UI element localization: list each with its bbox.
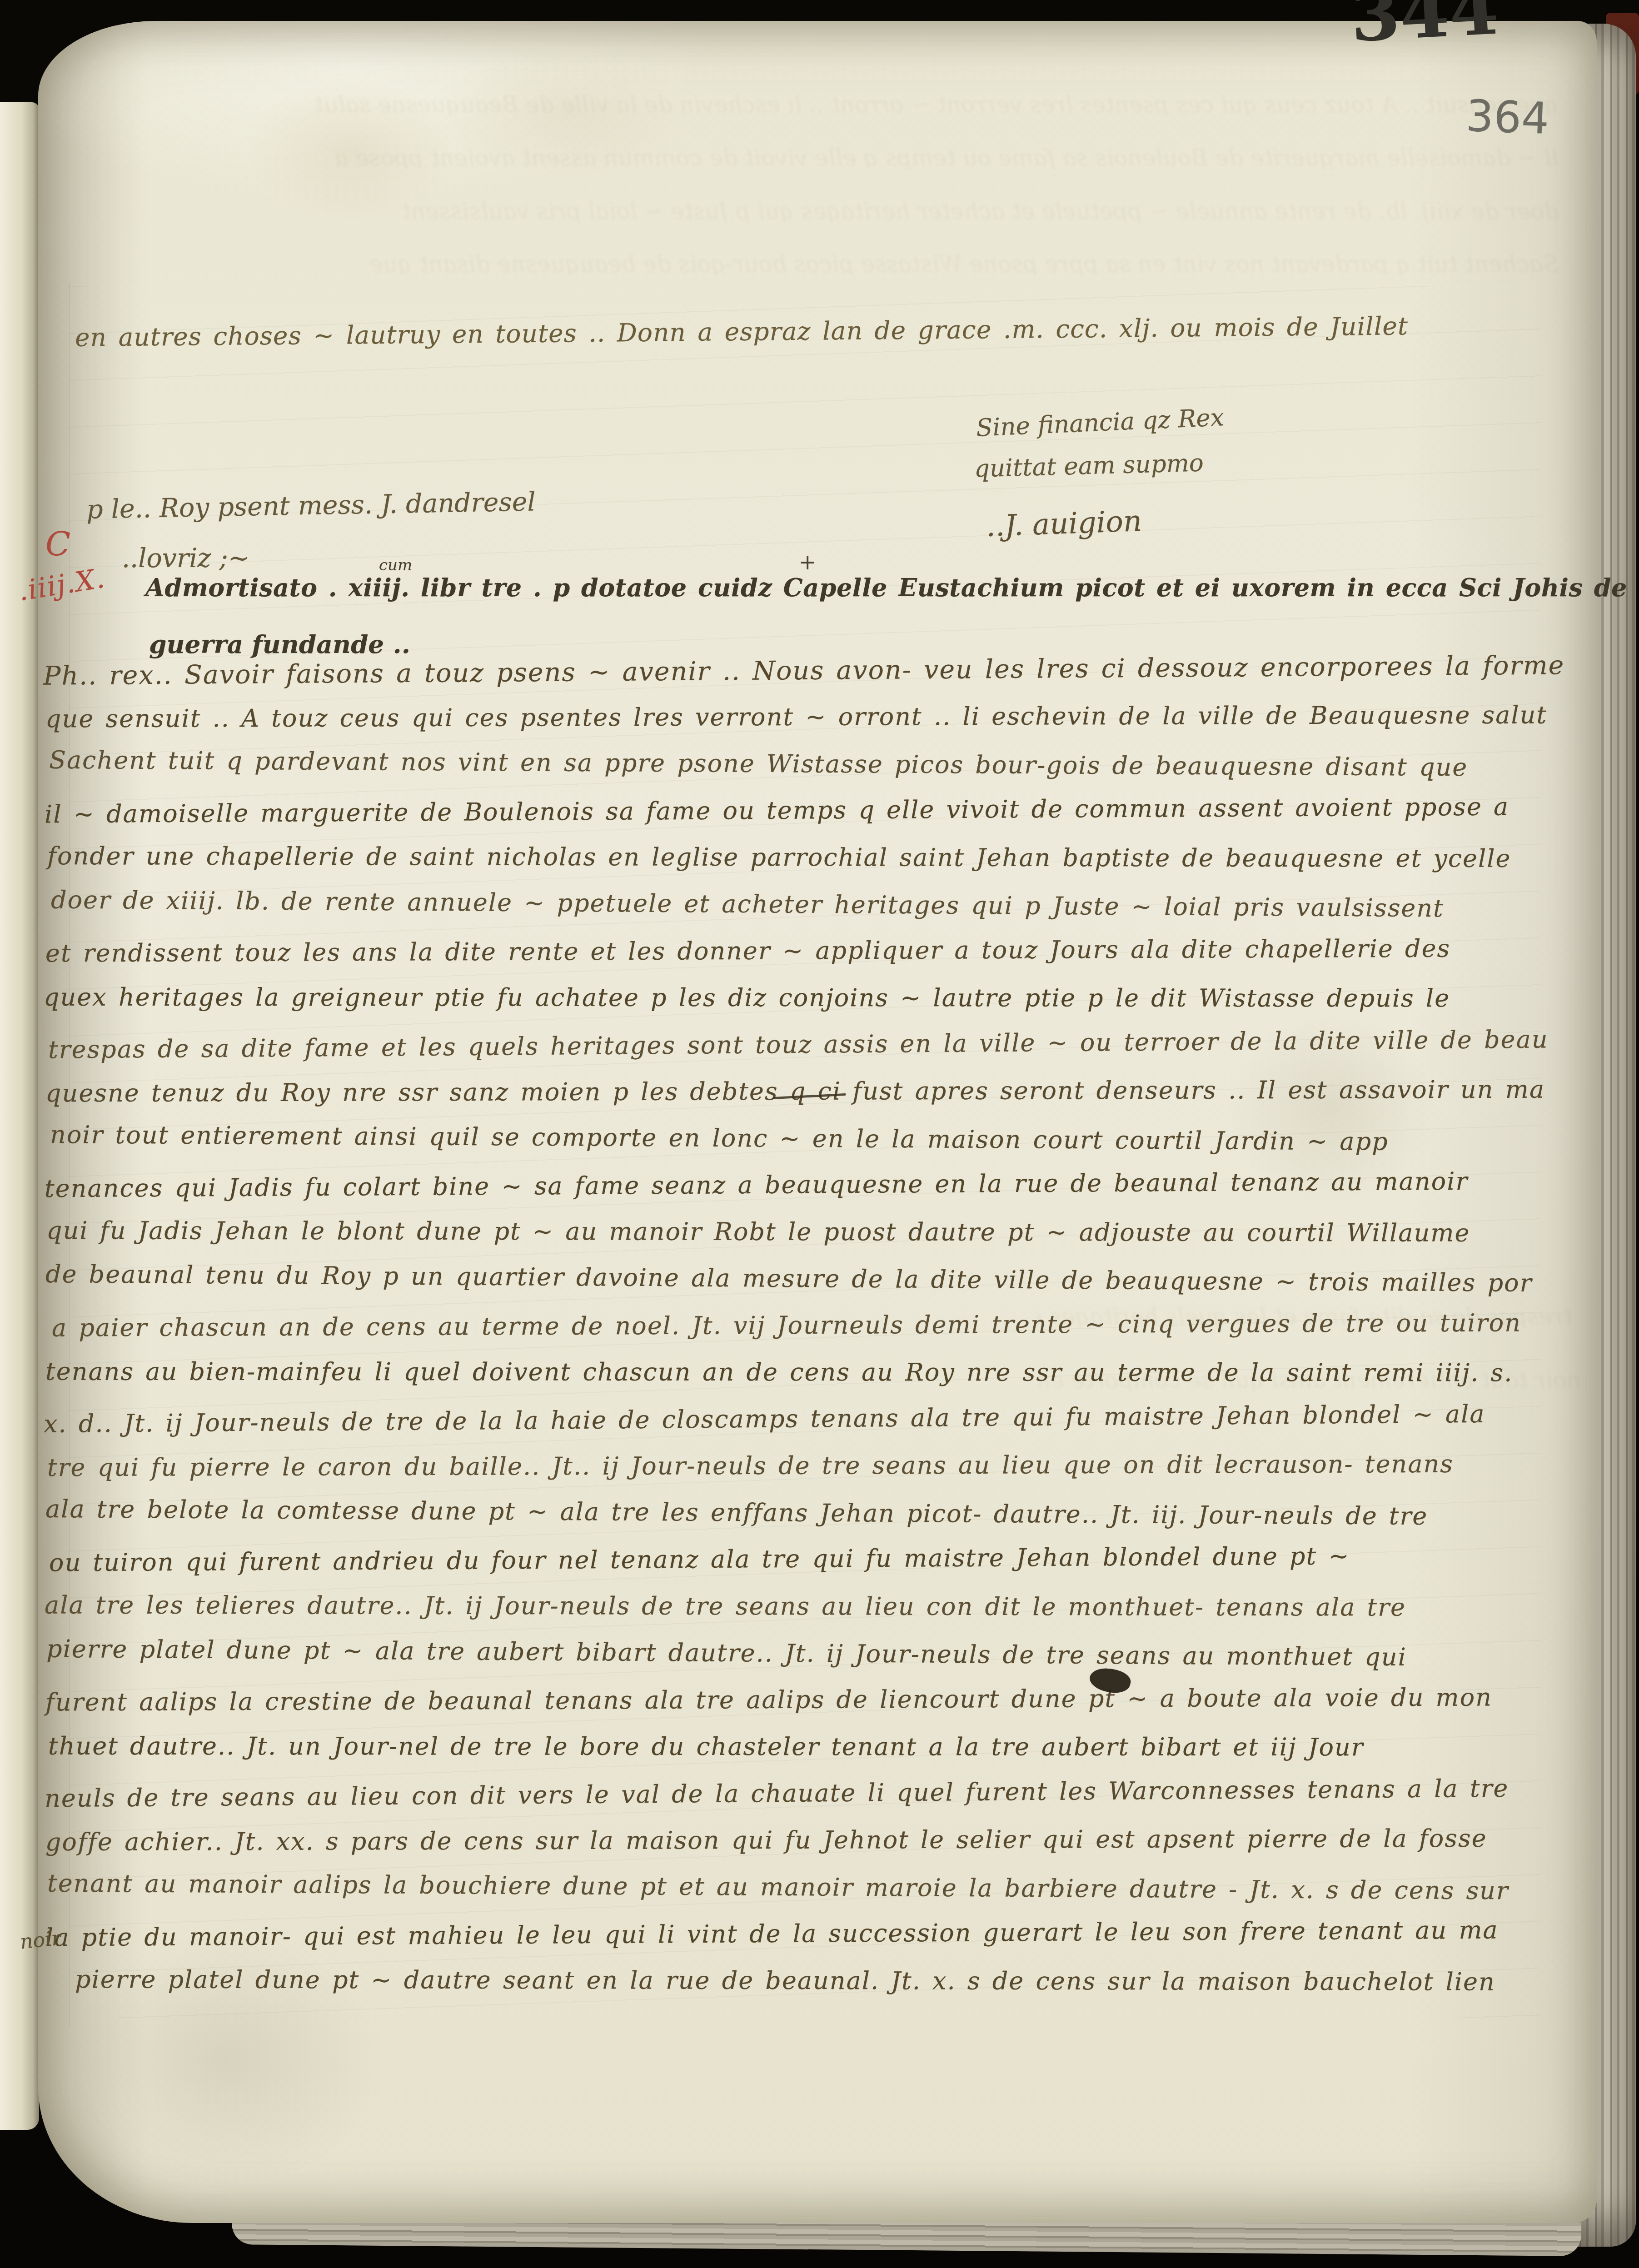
place-note: ..lovriz ;~ — [122, 543, 250, 573]
clerk-signature: ..J. auigion — [986, 504, 1142, 543]
heading-superscript: cum — [379, 556, 412, 574]
manuscript-photo: que sensuit .. A touz ceus qui ces psent… — [0, 0, 1639, 2268]
latin-registration-note-line2: quittat eam supmo — [974, 449, 1204, 483]
rubric-paragraph-mark: C — [45, 525, 70, 563]
insertion-cross-mark: + — [799, 550, 817, 574]
latin-registration-note-line1: Sine financia qz Rex — [976, 404, 1225, 442]
text-layer: 344 364 en autres choses ~ lautruy en to… — [0, 0, 1639, 2268]
folio-number-ink: 344 — [1349, 0, 1500, 52]
margin-wrap-word: noir — [19, 1926, 62, 1954]
entry-heading-line2: guerra fundande .. — [149, 632, 410, 657]
closing-dated-clause: en autres choses ~ lautruy en toutes .. … — [75, 311, 1409, 352]
folio-number-pencil: 364 — [1465, 94, 1549, 140]
presentation-note: p le.. Roy psent mess. J. dandresel — [86, 487, 536, 524]
rubric-folio-note: .iiij.X. — [16, 562, 108, 607]
entry-heading-line1: Admortisato . xiiij. libr tre . p dotato… — [145, 575, 1639, 600]
